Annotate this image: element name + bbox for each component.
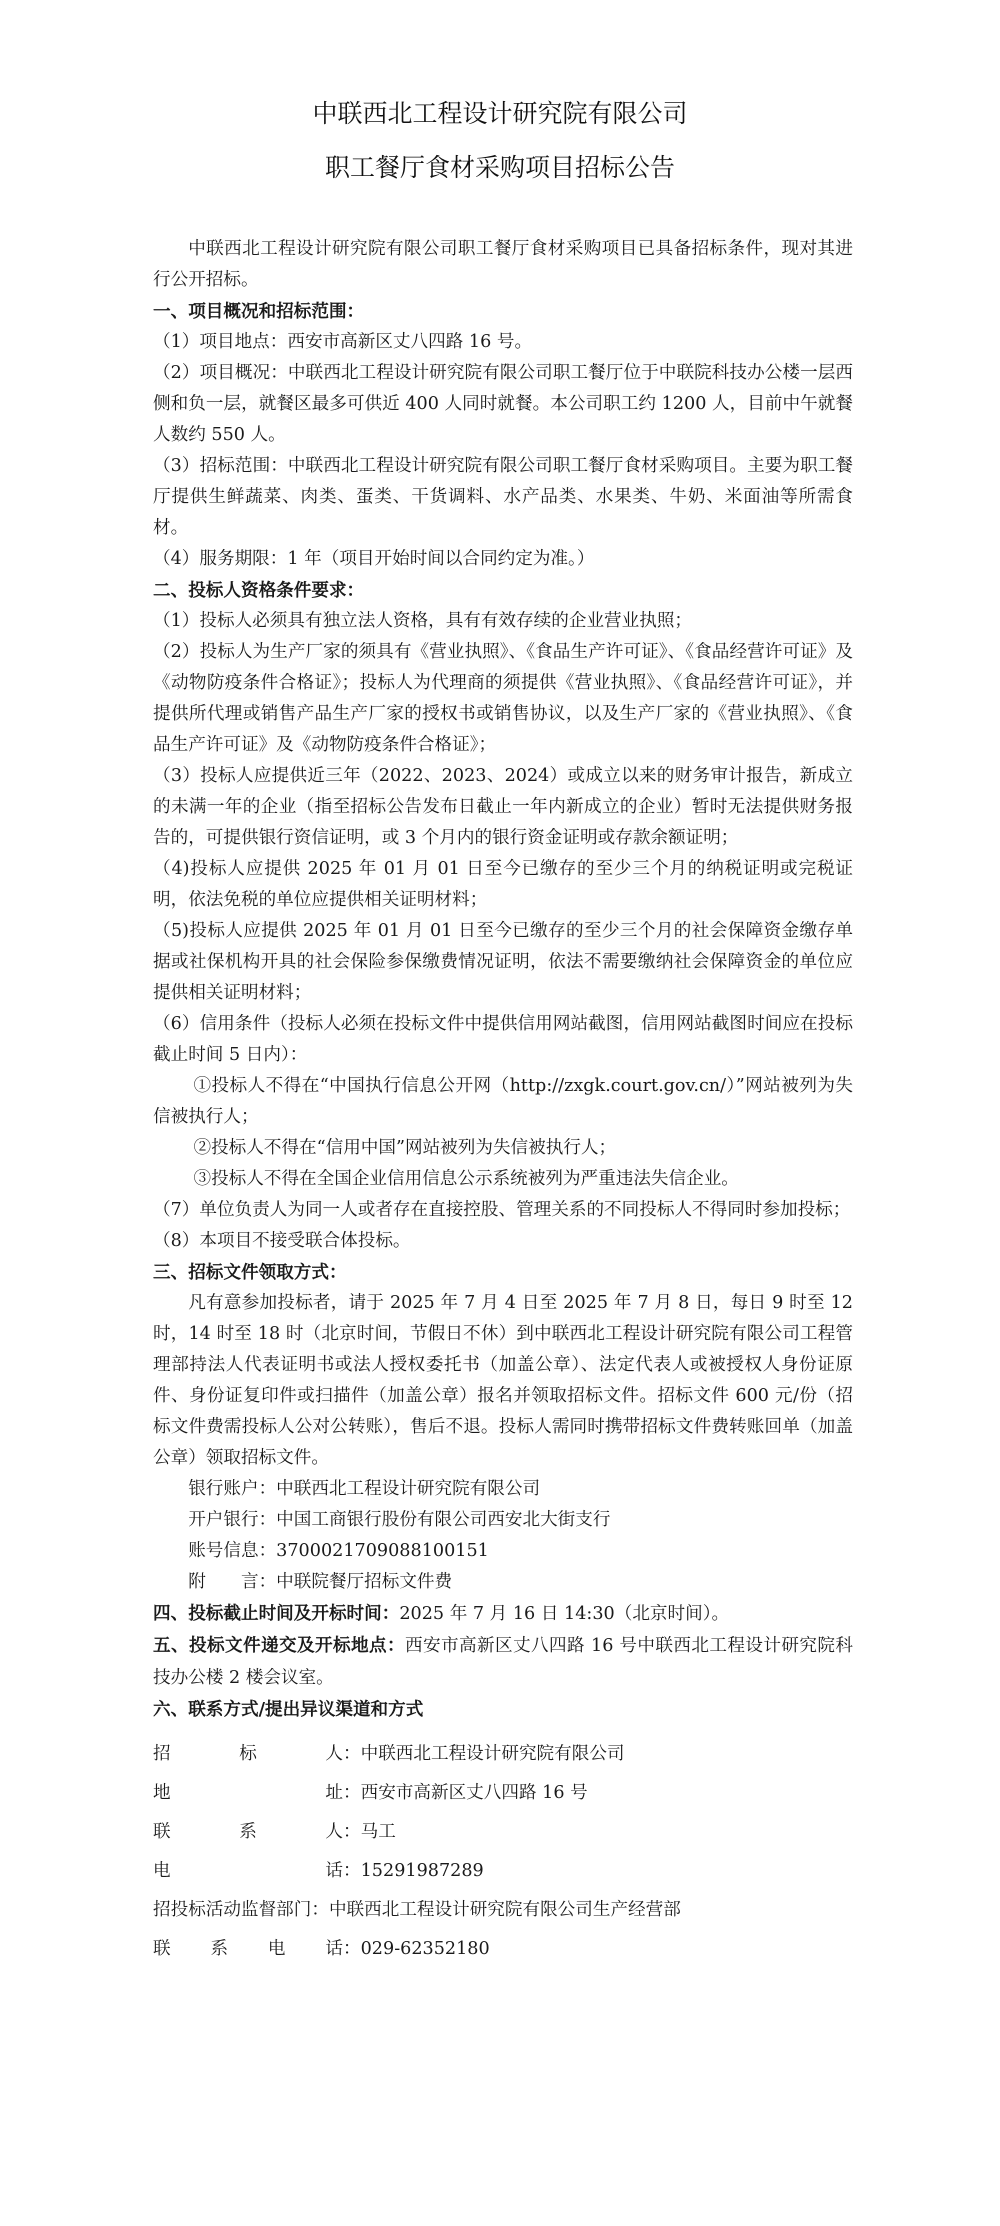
bid-deadline-value: 2025 年 7 月 16 日 14:30（北京时间）。 [399,1604,729,1624]
section2-item-3: （3）投标人应提供近三年（2022、2023、2024）或成立以来的财务审计报告… [153,761,853,854]
contact-label: 招 标 人 [153,1739,343,1770]
document-body: 中联西北工程设计研究院有限公司职工餐厅食材采购项目已具备招标条件，现对其进行公开… [153,234,853,1969]
section2-item-5: （5)投标人应提供 2025 年 01 月 01 日至今已缴存的至少三个月的社会… [153,916,853,1009]
tenderer-value: 中联西北工程设计研究院有限公司 [361,1739,625,1770]
contact-row-supervisor-phone: 联 系 电 话 ： 029-62352180 [153,1930,853,1969]
intro-paragraph: 中联西北工程设计研究院有限公司职工餐厅食材采购项目已具备招标条件，现对其进行公开… [153,234,853,296]
document-title-company: 中联西北工程设计研究院有限公司 [0,94,1000,130]
contact-label: 联 系 电 话 [153,1934,343,1965]
section4-line: 四、投标截止时间及开标时间：2025 年 7 月 16 日 14:30（北京时间… [153,1598,853,1630]
bank-account-value: 中联西北工程设计研究院有限公司 [276,1479,540,1499]
contact-label: 电 话 [153,1856,343,1887]
section6-heading: 六、联系方式/提出异议渠道和方式 [153,1694,853,1725]
account-number-label: 账号信息： [188,1541,276,1561]
bank-name-value: 中国工商银行股份有限公司西安北大街支行 [276,1510,610,1530]
contact-label: 联 系 人 [153,1817,343,1848]
bank-account-label: 银行账户： [188,1479,276,1499]
announcement-page: 中联西北工程设计研究院有限公司 职工餐厅食材采购项目招标公告 中联西北工程设计研… [0,0,1000,2226]
section3-paragraph: 凡有意参加投标者，请于 2025 年 7 月 4 日至 2025 年 7 月 8… [153,1288,853,1474]
document-title-project: 职工餐厅食材采购项目招标公告 [0,148,1000,184]
credit-subitem-2: ②投标人不得在“信用中国”网站被列为失信被执行人； [153,1133,853,1164]
transfer-note-label: 附 言： [188,1572,276,1592]
contact-row-address: 地 址 ： 西安市高新区丈八四路 16 号 [153,1774,853,1813]
section2-item-7: （7）单位负责人为同一人或者存在直接控股、管理关系的不同投标人不得同时参加投标； [153,1195,853,1226]
contact-person-value: 马工 [361,1817,396,1848]
contact-row-supervisor: 招投标活动监督部门： 中联西北工程设计研究院有限公司生产经营部 [153,1891,853,1930]
section2-item-8: （8）本项目不接受联合体投标。 [153,1226,853,1257]
account-number-value: 3700021709088100151 [276,1541,489,1561]
contact-row-phone: 电 话 ： 15291987289 [153,1852,853,1891]
contact-label: 地 址 [153,1778,343,1809]
supervisor-value: 中联西北工程设计研究院有限公司生产经营部 [329,1895,681,1926]
section5-heading: 五、投标文件递交及开标地点： [153,1635,405,1656]
section4-heading: 四、投标截止时间及开标时间： [153,1603,399,1624]
section1-item-3: （3）招标范围：中联西北工程设计研究院有限公司职工餐厅食材采购项目。主要为职工餐… [153,451,853,544]
transfer-note-line: 附 言：中联院餐厅招标文件费 [153,1567,853,1598]
section5-line: 五、投标文件递交及开标地点：西安市高新区丈八四路 16 号中联西北工程设计研究院… [153,1630,853,1694]
section2-heading: 二、投标人资格条件要求： [153,575,853,606]
account-number-line: 账号信息：3700021709088100151 [153,1536,853,1567]
section2-item-4: （4)投标人应提供 2025 年 01 月 01 日至今已缴存的至少三个月的纳税… [153,854,853,916]
bank-account-line: 银行账户：中联西北工程设计研究院有限公司 [153,1474,853,1505]
credit-subitem-3: ③投标人不得在全国企业信用信息公示系统被列为严重违法失信企业。 [153,1164,853,1195]
supervisor-phone-value: 029-62352180 [361,1934,490,1965]
section1-item-4: （4）服务期限：1 年（项目开始时间以合同约定为准。） [153,544,853,575]
section1-heading: 一、项目概况和招标范围： [153,296,853,327]
section2-item-6: （6）信用条件（投标人必须在投标文件中提供信用网站截图，信用网站截图时间应在投标… [153,1009,853,1071]
contact-row-tenderer: 招 标 人 ： 中联西北工程设计研究院有限公司 [153,1735,853,1774]
section1-item-2: （2）项目概况：中联西北工程设计研究院有限公司职工餐厅位于中联院科技办公楼一层西… [153,358,853,451]
section2-item-2: （2）投标人为生产厂家的须具有《营业执照》、《食品生产许可证》、《食品经营许可证… [153,637,853,761]
contact-phone-value: 15291987289 [361,1856,484,1887]
bank-name-line: 开户银行：中国工商银行股份有限公司西安北大街支行 [153,1505,853,1536]
credit-subitem-1: ①投标人不得在“中国执行信息公开网（http://zxgk.court.gov.… [153,1071,853,1133]
bank-name-label: 开户银行： [188,1510,276,1530]
supervisor-label: 招投标活动监督部门： [153,1895,329,1926]
address-value: 西安市高新区丈八四路 16 号 [361,1778,588,1809]
section3-heading: 三、招标文件领取方式： [153,1257,853,1288]
section2-item-1: （1）投标人必须具有独立法人资格，具有有效存续的企业营业执照； [153,606,853,637]
contact-row-person: 联 系 人 ： 马工 [153,1813,853,1852]
transfer-note-value: 中联院餐厅招标文件费 [276,1572,452,1592]
section1-item-1: （1）项目地点：西安市高新区丈八四路 16 号。 [153,327,853,358]
